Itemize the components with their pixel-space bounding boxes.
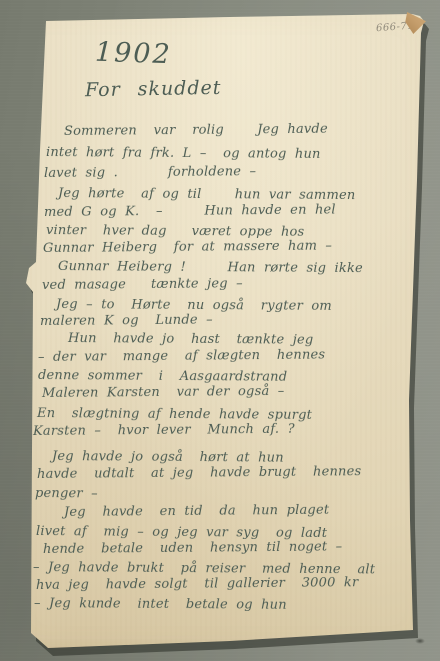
manuscript-line: penger –	[35, 486, 98, 502]
manuscript-paper: 1902 For skuddet Sommeren var rolig Jeg …	[0, 0, 440, 661]
manuscript-line: Jeg havde en tid da hun plaget	[64, 503, 329, 521]
manuscript-line: havde udtalt at jeg havde brugt hennes	[37, 464, 362, 483]
manuscript-line: Gunnar Heiberg for at massere ham –	[43, 238, 332, 257]
background-speck	[415, 638, 425, 644]
manuscript-line: – Jeg kunde intet betale og hun	[34, 596, 287, 614]
manuscript-line: med G og K. – Hun havde en hel	[44, 202, 336, 221]
manuscript-line: Jeg hørte af og til hun var sammen	[58, 186, 356, 204]
manuscript-line: denne sommer i Aasgaardstrand	[38, 368, 287, 386]
manuscript-line: intet hørt fra frk. L – og antog hun	[46, 145, 321, 163]
photo-background: 1902 For skuddet Sommeren var rolig Jeg …	[0, 0, 440, 661]
manuscript-line: maleren K og Lunde –	[40, 312, 213, 330]
year-heading: 1902	[94, 37, 172, 71]
manuscript-line: – der var mange af slægten hennes	[38, 347, 325, 366]
manuscript-line: Gunnar Heiberg ! Han rørte sig ikke	[58, 259, 363, 277]
manuscript-title: For skuddet	[85, 77, 222, 101]
manuscript-line: Maleren Karsten var der også –	[42, 384, 285, 402]
manuscript-line: ved masage tænkte jeg –	[42, 276, 243, 294]
manuscript-line: Hun havde jo hast tænkte jeg	[68, 331, 313, 349]
manuscript-line: Karsten – hvor lever Munch af. ?	[33, 422, 295, 440]
manuscript-line: Sommeren var rolig Jeg havde	[64, 122, 328, 140]
manuscript-line: Jeg havde jo også hørt at hun	[52, 449, 284, 467]
manuscript-line: lavet sig . forholdene –	[44, 164, 256, 182]
manuscript-line: hende betale uden hensyn til noget –	[43, 539, 342, 558]
manuscript-line: hva jeg havde solgt til gallerier 3000 k…	[36, 575, 359, 594]
